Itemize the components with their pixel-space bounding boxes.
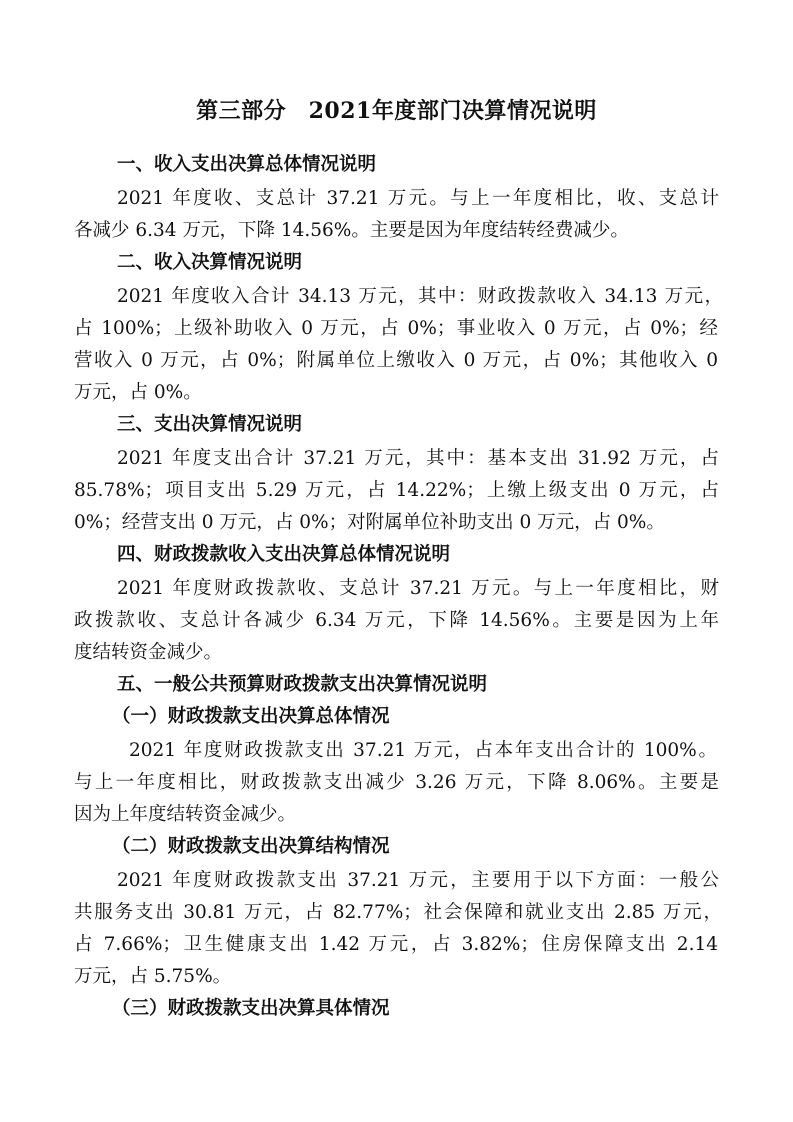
paragraph-line: 占 7.66%；卫生健康支出 1.42 万元，占 3.82%；住房保障支出 2.…: [74, 930, 718, 960]
paragraph-line: 占 100%；上级补助收入 0 万元，占 0%；事业收入 0 万元，占 0%；经: [74, 314, 718, 344]
document-page: 第三部分 2021年度部门决算情况说明 一、收入支出决算总体情况说明 2021 …: [0, 0, 793, 1122]
paragraph-line: 度结转资金减少。: [74, 638, 222, 668]
subsection-heading-5-2: （二）财政拨款支出决算结构情况: [112, 832, 390, 862]
paragraph-line: 因为上年度结转资金减少。: [74, 800, 296, 830]
section-heading-2: 二、收入决算情况说明: [117, 248, 302, 278]
paragraph-line: 营收入 0 万元，占 0%；附属单位上缴收入 0 万元，占 0%；其他收入 0: [74, 346, 718, 376]
section-heading-4: 四、财政拨款收入支出决算总体情况说明: [117, 540, 450, 570]
paragraph-line: 2021 年度财政拨款收、支总计 37.21 万元。与上一年度相比，财: [117, 574, 719, 604]
subsection-heading-5-1: （一）财政拨款支出决算总体情况: [112, 702, 390, 732]
section-heading-5: 五、一般公共预算财政拨款支出决算情况说明: [117, 670, 487, 700]
subsection-heading-5-3: （三）财政拨款支出决算具体情况: [112, 994, 390, 1024]
paragraph-line: 万元，占 0%。: [74, 378, 202, 408]
paragraph-line: 0%；经营支出 0 万元，占 0%；对附属单位补助支出 0 万元，占 0%。: [74, 508, 665, 538]
paragraph-line: 与上一年度相比，财政拨款支出减少 3.26 万元，下降 8.06%。主要是: [74, 768, 719, 798]
paragraph-line: 2021 年度支出合计 37.21 万元，其中：基本支出 31.92 万元，占: [117, 444, 719, 474]
paragraph-line: 2021 年度财政拨款支出 37.21 万元，占本年支出合计的 100%。: [129, 736, 717, 766]
section-heading-1: 一、收入支出决算总体情况说明: [117, 150, 376, 180]
paragraph-line: 85.78%；项目支出 5.29 万元，占 14.22%；上缴上级支出 0 万元…: [74, 476, 719, 506]
paragraph-line: 万元，占 5.75%。: [74, 962, 231, 992]
paragraph-line: 各减少 6.34 万元，下降 14.56%。主要是因为年度结转经费减少。: [74, 216, 629, 246]
section-heading-3: 三、支出决算情况说明: [117, 410, 302, 440]
paragraph-line: 政拨款收、支总计各减少 6.34 万元，下降 14.56%。主要是因为上年: [74, 606, 719, 636]
paragraph-line: 共服务支出 30.81 万元，占 82.77%；社会保障和就业支出 2.85 万…: [74, 898, 722, 928]
paragraph-line: 2021 年度收、支总计 37.21 万元。与上一年度相比，收、支总计: [117, 184, 719, 214]
paragraph-line: 2021 年度收入合计 34.13 万元，其中：财政拨款收入 34.13 万元，: [117, 282, 723, 312]
paragraph-line: 2021 年度财政拨款支出 37.21 万元，主要用于以下方面：一般公: [117, 866, 719, 896]
page-title: 第三部分 2021年度部门决算情况说明: [0, 96, 793, 126]
